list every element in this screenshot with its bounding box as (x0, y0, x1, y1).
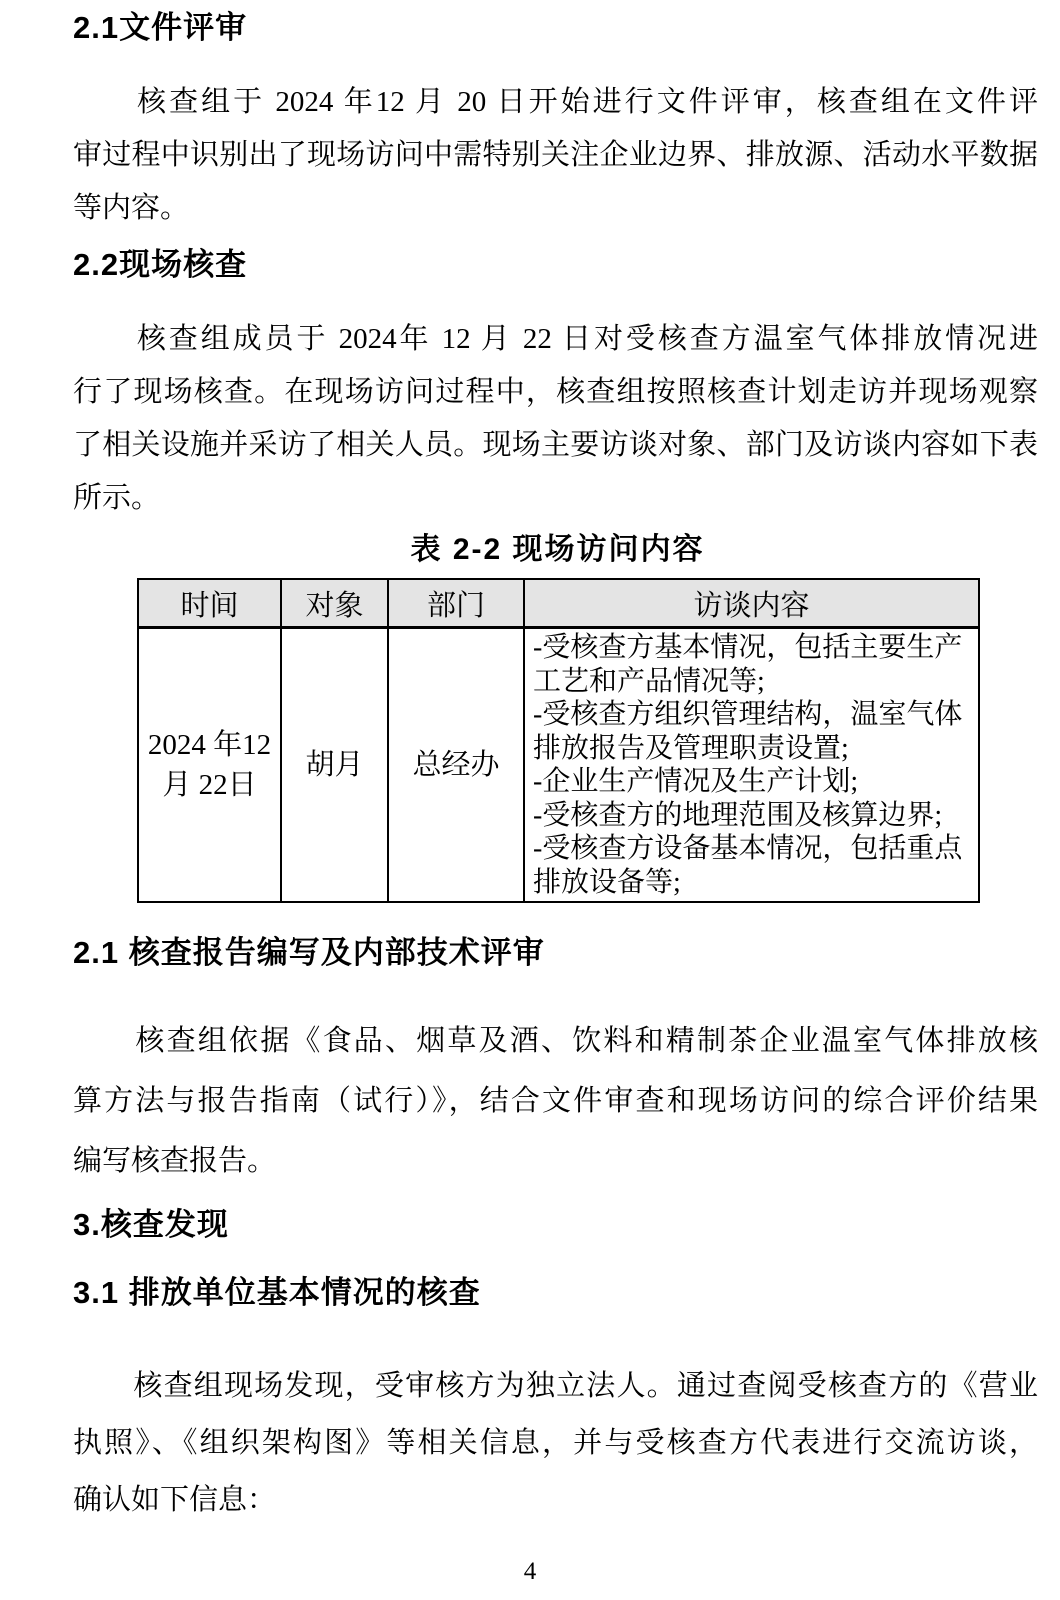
cell-time: 2024 年12月 22日 (138, 628, 281, 903)
paragraph-line: 执照》、《组织架构图》等相关信息，并与受核查方代表进行交流访谈， (73, 1415, 1038, 1472)
paragraph-line: 核查组成员于 2024年 12 月 22 日对受核查方温室气体排放情况进 (73, 313, 1038, 366)
paragraph-line: 编写核查报告。 (73, 1131, 1038, 1191)
time-line: 2024 年12 (139, 725, 280, 765)
paragraph-document-review: 核查组于 2024 年12 月 20 日开始进行文件评审，核查组在文件评审过程中… (73, 76, 1038, 235)
paragraph-line: 等内容。 (73, 182, 1038, 235)
table-row: 2024 年12月 22日 胡月 总经办 -受核查方基本情况，包括主要生产工艺和… (138, 628, 979, 903)
site-visit-table: 时间 对象 部门 访谈内容 2024 年12月 22日 胡月 总经办 -受核查方… (137, 578, 980, 903)
interview-topic: -受核查方的地理范围及核算边界; (533, 799, 974, 833)
paragraph-basic-info-verification: 核查组现场发现，受审核方为独立法人。通过查阅受核查方的《营业执照》、《组织架构图… (73, 1358, 1038, 1529)
paragraph-line: 核查组于 2024 年12 月 20 日开始进行文件评审，核查组在文件评 (73, 76, 1038, 129)
paragraph-line: 了相关设施并采访了相关人员。现场主要访谈对象、部门及访谈内容如下表 (73, 419, 1038, 472)
paragraph-line: 确认如下信息： (73, 1472, 1038, 1529)
paragraph-report-writing: 核查组依据《食品、烟草及酒、饮料和精制茶企业温室气体排放核算方法与报告指南（试行… (73, 1011, 1038, 1191)
table-header-row: 时间 对象 部门 访谈内容 (138, 579, 979, 628)
paragraph-line: 行了现场核查。在现场访问过程中，核查组按照核查计划走访并现场观察 (73, 366, 1038, 419)
heading-site-verification: 2.2现场核查 (73, 245, 1038, 285)
column-header-interview-content: 访谈内容 (524, 579, 979, 628)
document-content: 2.1文件评审 核查组于 2024 年12 月 20 日开始进行文件评审，核查组… (73, 8, 1038, 1529)
paragraph-line: 核查组现场发现，受审核方为独立法人。通过查阅受核查方的《营业 (73, 1358, 1038, 1415)
paragraph-line: 算方法与报告指南（试行）》，结合文件审查和现场访问的综合评价结果 (73, 1071, 1038, 1131)
column-header-department: 部门 (388, 579, 524, 628)
paragraph-line: 核查组依据《食品、烟草及酒、饮料和精制茶企业温室气体排放核 (73, 1011, 1038, 1071)
paragraph-site-verification: 核查组成员于 2024年 12 月 22 日对受核查方温室气体排放情况进行了现场… (73, 313, 1038, 525)
table-caption: 表 2-2 现场访问内容 (137, 531, 978, 569)
column-header-time: 时间 (138, 579, 281, 628)
cell-interview-topics: -受核查方基本情况，包括主要生产工艺和产品情况等;-受核查方组织管理结构，温室气… (524, 628, 979, 903)
interview-topic: -受核查方组织管理结构，温室气体排放报告及管理职责设置; (533, 698, 974, 765)
heading-document-review: 2.1文件评审 (73, 8, 1038, 48)
interview-topic: -企业生产情况及生产计划; (533, 765, 974, 799)
paragraph-line: 所示。 (73, 472, 1038, 525)
page-number: 4 (0, 1558, 1060, 1586)
paragraph-line: 审过程中识别出了现场访问中需特别关注企业边界、排放源、活动水平数据 (73, 129, 1038, 182)
heading-report-writing: 2.1 核查报告编写及内部技术评审 (73, 933, 1038, 973)
heading-verification-findings: 3.核查发现 (73, 1205, 1038, 1245)
heading-basic-info-verification: 3.1 排放单位基本情况的核查 (73, 1273, 1038, 1313)
interview-topic: -受核查方设备基本情况，包括重点排放设备等; (533, 832, 974, 899)
document-page: 2.1文件评审 核查组于 2024 年12 月 20 日开始进行文件评审，核查组… (0, 0, 1060, 1600)
column-header-person: 对象 (281, 579, 388, 628)
cell-department: 总经办 (388, 628, 524, 903)
interview-topic: -受核查方基本情况，包括主要生产工艺和产品情况等; (533, 631, 974, 698)
cell-person: 胡月 (281, 628, 388, 903)
time-line: 月 22日 (139, 765, 280, 805)
